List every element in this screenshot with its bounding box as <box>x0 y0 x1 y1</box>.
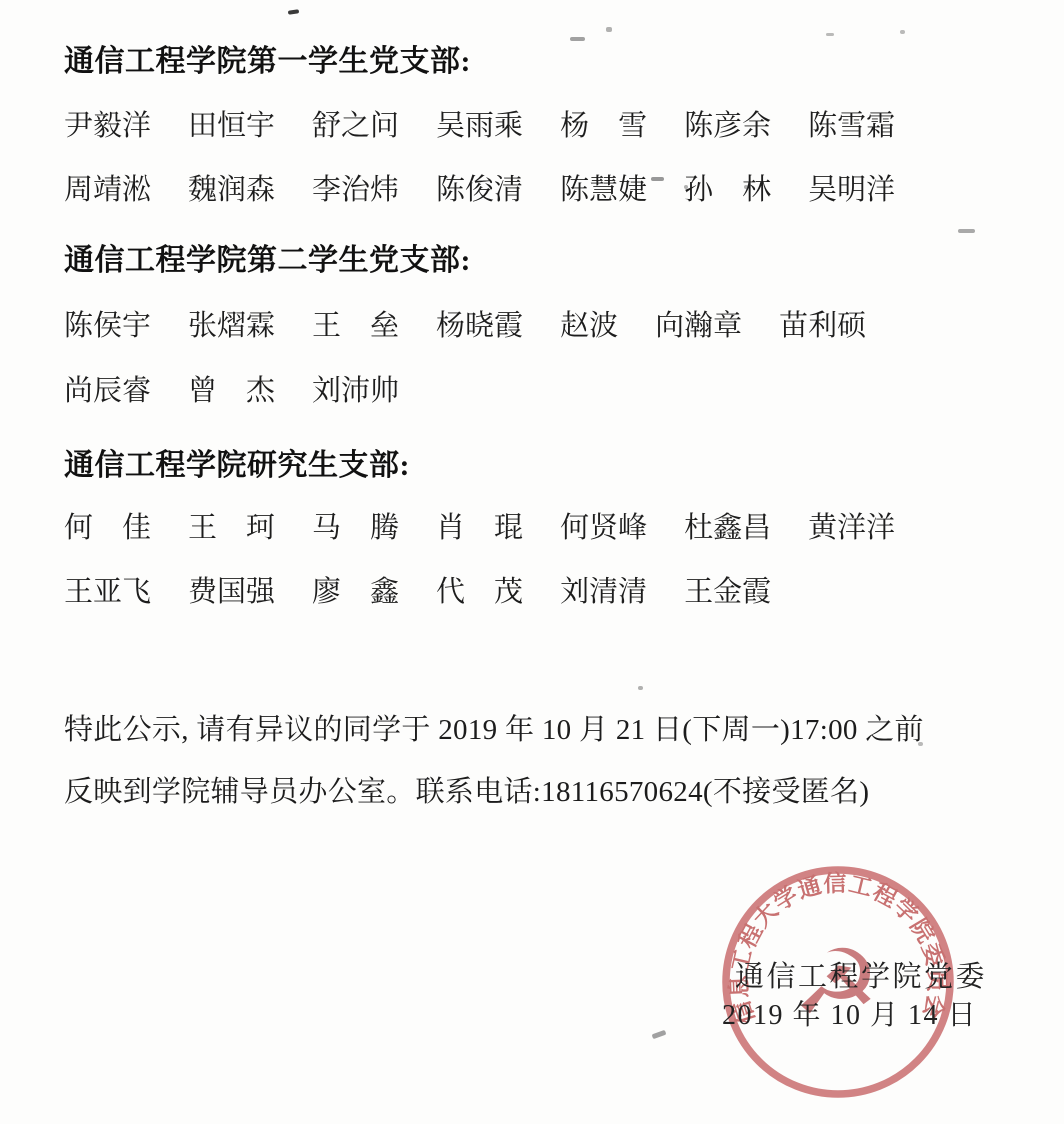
person-name: 王金霞 <box>684 569 771 610</box>
person-name: 陈雪霜 <box>808 103 895 144</box>
person-name: 杨晓霞 <box>436 303 523 344</box>
person-name: 陈彦余 <box>684 103 771 144</box>
branch-heading-3: 通信工程学院研究生支部: <box>64 440 410 484</box>
person-name: 魏润森 <box>188 167 275 208</box>
scan-artifact <box>651 177 664 181</box>
person-name: 杜鑫昌 <box>684 505 771 546</box>
person-name: 舒之问 <box>312 103 399 144</box>
person-name: 张熠霖 <box>188 303 275 344</box>
member-name-row: 尹毅洋田恒宇舒之问吴雨乘杨 雪陈彦余陈雪霜 <box>64 103 895 144</box>
member-name-row: 何 佳王 珂马 腾肖 琨何贤峰杜鑫昌黄洋洋 <box>64 505 895 546</box>
person-name: 陈俊清 <box>436 167 523 208</box>
person-name: 何贤峰 <box>560 505 647 546</box>
scan-artifact <box>826 33 834 36</box>
notice-line-1: 特此公示, 请有异议的同学于 2019 年 10 月 21 日(下周一)17:0… <box>64 707 924 748</box>
person-name: 王 垒 <box>312 303 399 344</box>
notice-line-2: 反映到学院辅导员办公室。联系电话:18116570624(不接受匿名) <box>64 769 869 810</box>
person-name: 陈侯宇 <box>64 303 151 344</box>
member-name-row: 尚辰睿曾 杰刘沛帅 <box>64 368 399 409</box>
person-name: 杨 雪 <box>560 103 647 144</box>
person-name: 王 珂 <box>188 505 275 546</box>
person-name: 廖 鑫 <box>312 569 399 610</box>
person-name: 孙 林 <box>684 167 771 208</box>
scan-artifact <box>570 37 585 41</box>
scan-artifact <box>652 1030 667 1039</box>
person-name: 苗利硕 <box>779 303 866 344</box>
signature-org: 通信工程学院党委 <box>735 954 987 995</box>
person-name: 马 腾 <box>312 505 399 546</box>
branch-heading-1: 通信工程学院第一学生党支部: <box>64 36 471 80</box>
member-name-row: 周靖淞魏润森李治炜陈俊清陈慧婕孙 林吴明洋 <box>64 167 895 208</box>
scan-artifact <box>638 686 643 690</box>
person-name: 向瀚章 <box>655 303 742 344</box>
person-name: 费国强 <box>188 569 275 610</box>
scan-artifact <box>288 9 299 14</box>
signature-date: 2019 年 10 月 14 日 <box>722 993 977 1033</box>
person-name: 代 茂 <box>436 569 523 610</box>
scan-artifact <box>918 742 923 746</box>
person-name: 尹毅洋 <box>64 103 151 144</box>
member-name-row: 王亚飞费国强廖 鑫代 茂刘清清王金霞 <box>64 569 771 610</box>
person-name: 吴雨乘 <box>436 103 523 144</box>
person-name: 田恒宇 <box>188 103 275 144</box>
person-name: 尚辰睿 <box>64 368 151 409</box>
scan-artifact <box>684 185 688 189</box>
person-name: 黄洋洋 <box>808 505 895 546</box>
person-name: 王亚飞 <box>64 569 151 610</box>
person-name: 何 佳 <box>64 505 151 546</box>
person-name: 吴明洋 <box>808 167 895 208</box>
scan-artifact <box>900 30 905 34</box>
scan-artifact <box>606 27 612 32</box>
person-name: 周靖淞 <box>64 167 151 208</box>
person-name: 肖 琨 <box>436 505 523 546</box>
person-name: 刘沛帅 <box>312 368 399 409</box>
member-name-row: 陈侯宇张熠霖王 垒杨晓霞赵波向瀚章苗利硕 <box>64 303 866 344</box>
person-name: 曾 杰 <box>188 368 275 409</box>
branch-heading-2: 通信工程学院第二学生党支部: <box>64 235 471 279</box>
person-name: 赵波 <box>560 303 618 344</box>
person-name: 刘清清 <box>560 569 647 610</box>
person-name: 陈慧婕 <box>560 167 647 208</box>
scanned-notice-page: 通信工程学院第一学生党支部: 尹毅洋田恒宇舒之问吴雨乘杨 雪陈彦余陈雪霜 周靖淞… <box>0 0 1064 1124</box>
person-name: 李治炜 <box>312 167 399 208</box>
scan-artifact <box>744 185 748 189</box>
scan-artifact <box>958 229 975 233</box>
